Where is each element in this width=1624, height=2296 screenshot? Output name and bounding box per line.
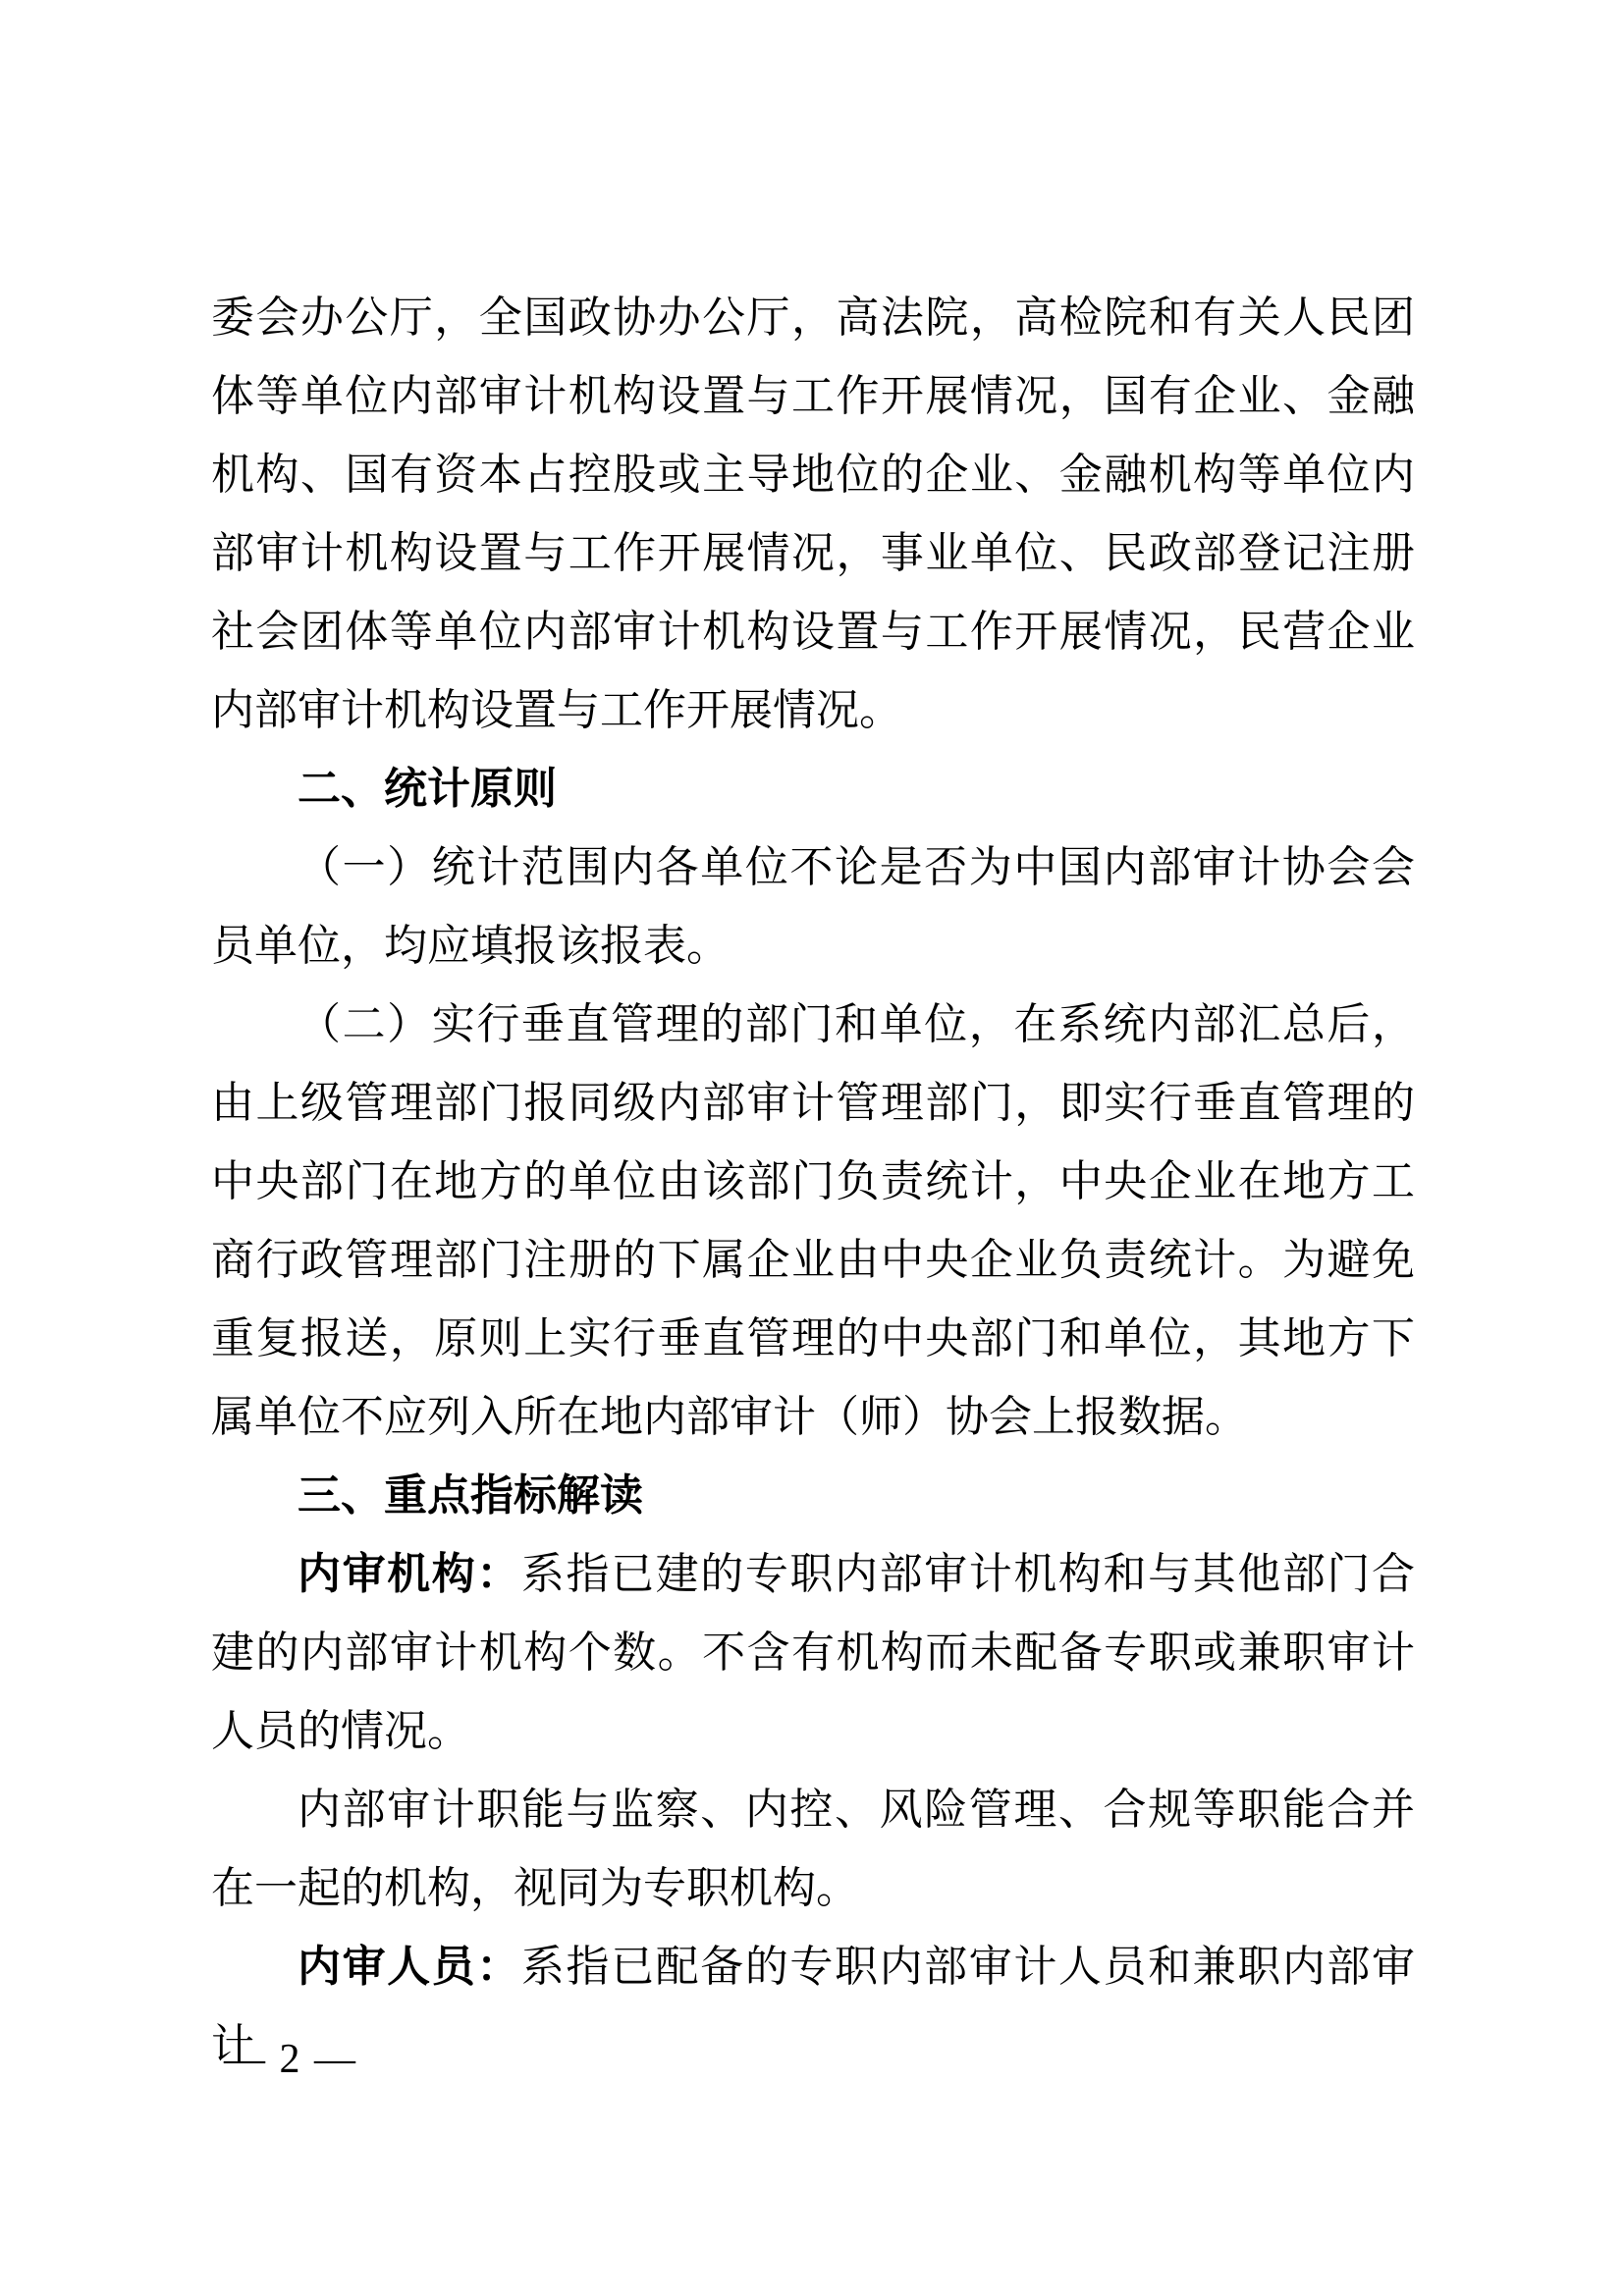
paragraph-merged-functions-note: 内部审计职能与监察、内控、风险管理、合规等职能合并在一起的机构，视同为专职机构。 <box>211 1771 1415 1928</box>
paragraph-rule-2: （二）实行垂直管理的部门和单位，在系统内部汇总后，由上级管理部门报同级内部审计管… <box>211 986 1415 1457</box>
document-page: 委会办公厅，全国政协办公厅，高法院，高检院和有关人民团体等单位内部审计机构设置与… <box>0 0 1624 2296</box>
page-number: — 2 — <box>224 2036 357 2083</box>
document-body: 委会办公厅，全国政协办公厅，高法院，高检院和有关人民团体等单位内部审计机构设置与… <box>211 279 1415 2085</box>
term-label-audit-staff: 内审人员： <box>298 1943 521 1991</box>
section-heading-key-indicators: 三、重点指标解读 <box>211 1457 1415 1535</box>
section-heading-statistical-principles: 二、统计原则 <box>211 750 1415 828</box>
paragraph-rule-1: （一）统计范围内各单位不论是否为中国内部审计协会会员单位，均应填报该报表。 <box>211 828 1415 986</box>
term-label-audit-bodies: 内审机构： <box>298 1550 521 1598</box>
paragraph-term-audit-staff: 内审人员：系指已配备的专职内部审计人员和兼职内部审计 <box>211 1928 1415 2085</box>
paragraph-scope-continued: 委会办公厅，全国政协办公厅，高法院，高检院和有关人民团体等单位内部审计机构设置与… <box>211 279 1415 750</box>
paragraph-term-audit-bodies: 内审机构：系指已建的专职内部审计机构和与其他部门合建的内部审计机构个数。不含有机… <box>211 1535 1415 1771</box>
